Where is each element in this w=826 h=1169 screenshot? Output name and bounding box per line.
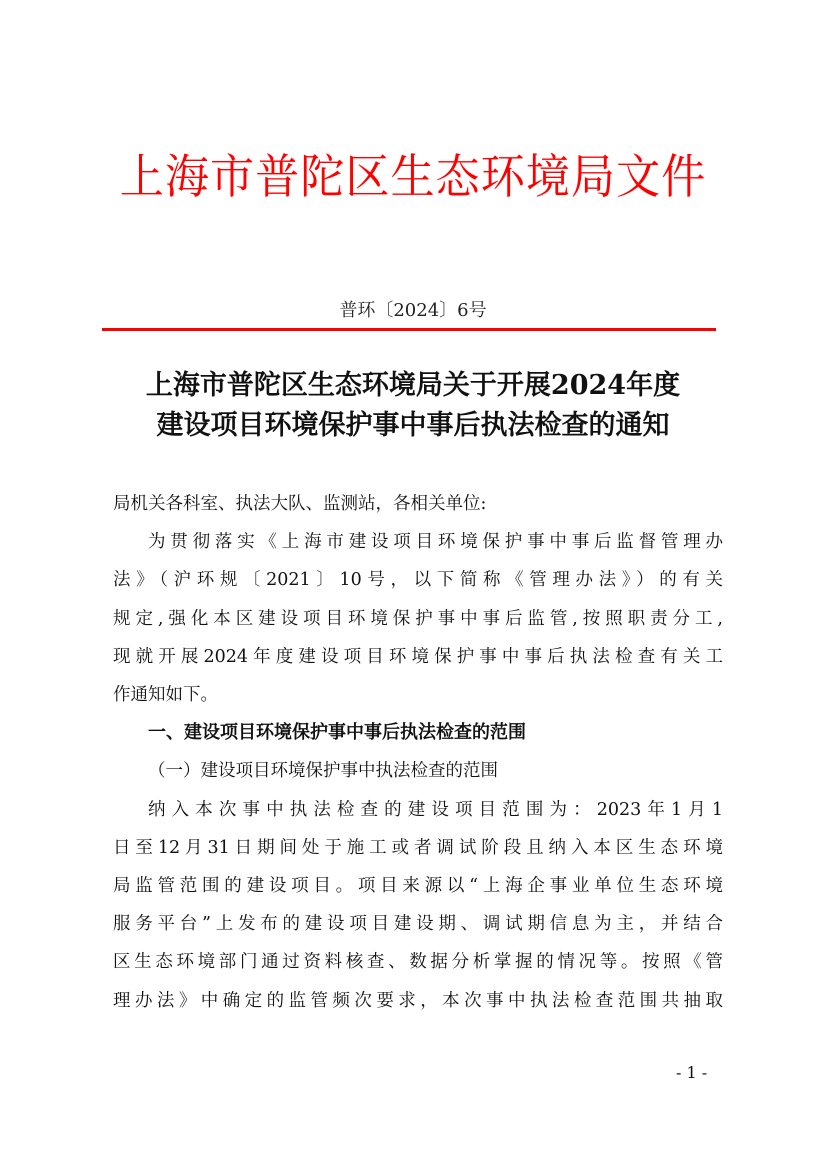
subsection-heading: （一）建设项目环境保护事中执法检查的范围 <box>113 752 723 790</box>
salutation: 局机关各科室、执法大队、监测站，各相关单位: <box>113 485 723 523</box>
page-number: - 1 - <box>676 1063 707 1082</box>
section-heading: 一、建设项目环境保护事中事后执法检查的范围 <box>113 714 723 752</box>
red-divider-rule <box>102 328 716 331</box>
paragraph-line: 作通知如下。 <box>113 676 723 714</box>
paragraph-line: 局监管范围的建设项目。项目来源以“上海企事业单位生态环境 <box>113 867 723 905</box>
title-line-2: 建设项目环境保护事中事后执法检查的通知 <box>0 406 826 446</box>
title-line-1: 上海市普陀区生态环境局关于开展2024年度 <box>0 366 826 406</box>
document-body: 局机关各科室、执法大队、监测站，各相关单位: 为贯彻落实《上海市建设项目环境保护… <box>113 485 723 1020</box>
paragraph-line: 规定,强化本区建设项目环境保护事中事后监管,按照职责分工, <box>113 600 723 638</box>
document-page: 上海市普陀区生态环境局文件 普环〔2024〕6号 上海市普陀区生态环境局关于开展… <box>0 0 826 1169</box>
document-title: 上海市普陀区生态环境局关于开展2024年度 建设项目环境保护事中事后执法检查的通… <box>0 366 826 446</box>
document-number: 普环〔2024〕6号 <box>0 296 826 326</box>
paragraph-line: 纳入本次事中执法检查的建设项目范围为：2023年1月1 <box>113 791 723 829</box>
paragraph-line: 现就开展2024年度建设项目环境保护事中事后执法检查有关工 <box>113 638 723 676</box>
paragraph-line: 区生态环境部门通过资料核查、数据分析掌握的情况等。按照《管 <box>113 943 723 981</box>
paragraph-line: 法》（沪环规〔2021〕10号，以下简称《管理办法》）的有关 <box>113 561 723 599</box>
masthead-title: 上海市普陀区生态环境局文件 <box>25 146 801 210</box>
paragraph-line: 服务平台”上发布的建设项目建设期、调试期信息为主，并结合 <box>113 905 723 943</box>
paragraph-line: 日至12月31日期间处于施工或者调试阶段且纳入本区生态环境 <box>113 829 723 867</box>
paragraph-line: 为贯彻落实《上海市建设项目环境保护事中事后监督管理办 <box>113 523 723 561</box>
paragraph-line: 理办法》中确定的监管频次要求，本次事中执法检查范围共抽取 <box>113 982 723 1020</box>
